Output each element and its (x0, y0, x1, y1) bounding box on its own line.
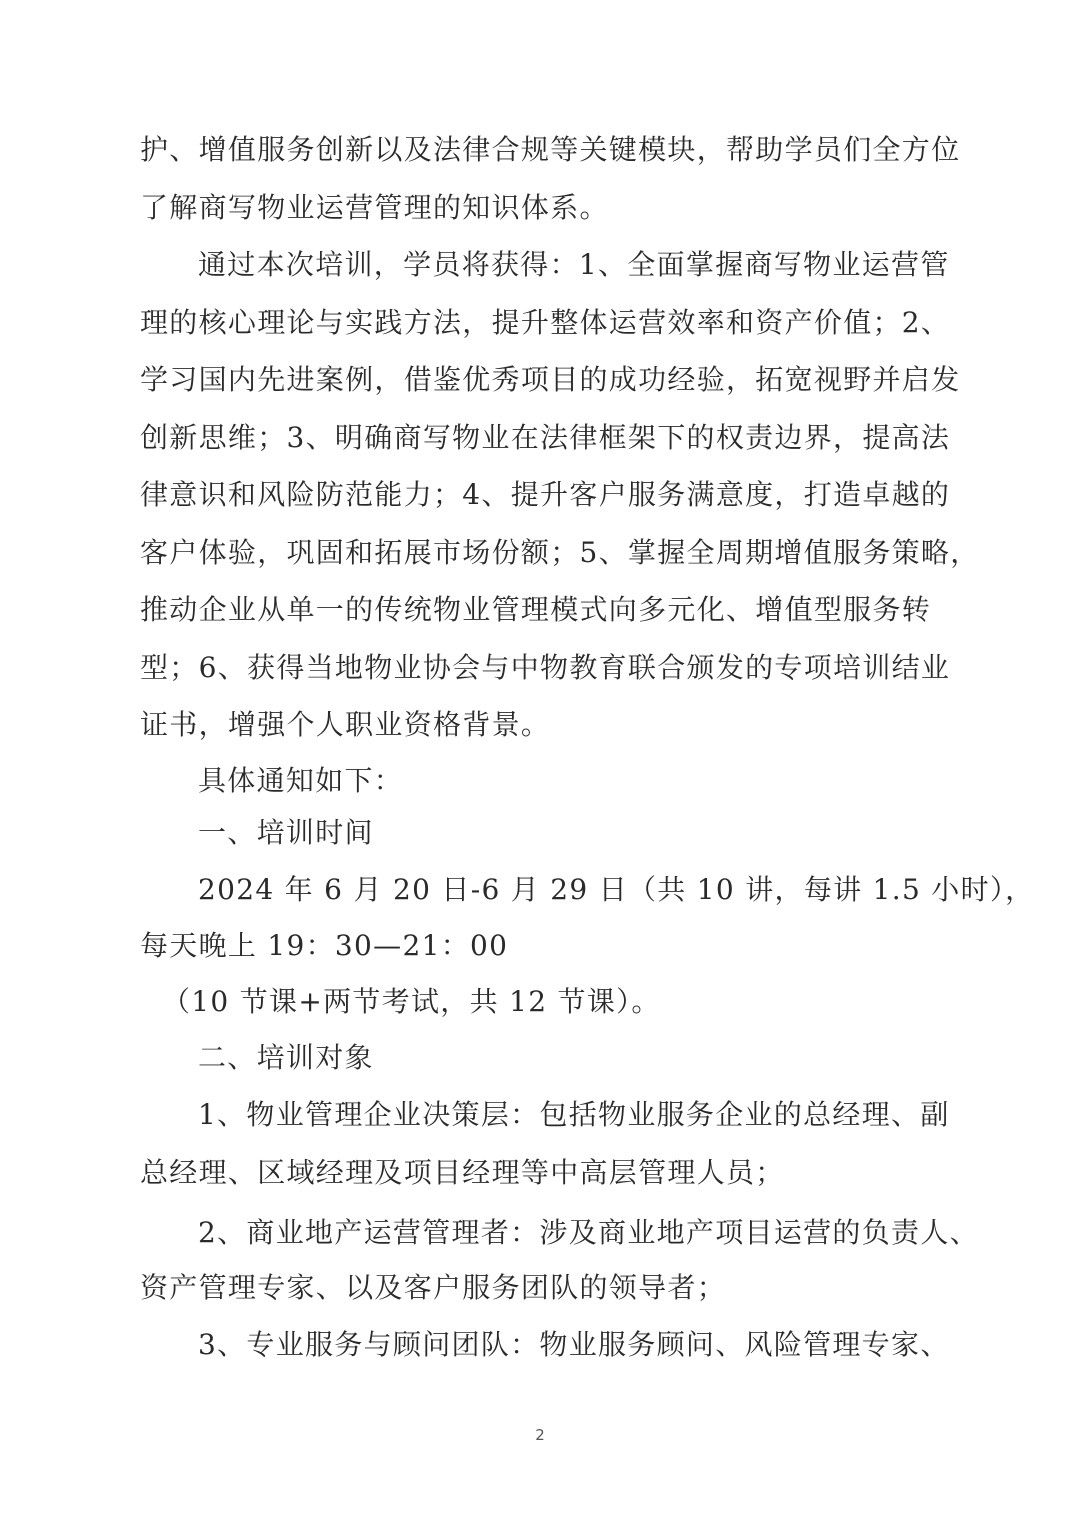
section2-item-3-line-1: 3、专业服务与顾问团队：物业服务顾问、风险管理专家、 (198, 1327, 960, 1363)
benefits-line-6: 客户体验，巩固和拓展市场份额；5、掌握全周期增值服务策略， (140, 535, 960, 571)
section2-heading: 二、培训对象 (198, 1040, 960, 1076)
benefits-line-7: 推动企业从单一的传统物业管理模式向多元化、增值型服务转 (140, 592, 960, 628)
section2-item-1-line-2: 总经理、区域经理及项目经理等中高层管理人员； (140, 1155, 960, 1191)
benefits-line-1: 通过本次培训，学员将获得：1、全面掌握商写物业运营管 (198, 247, 960, 283)
benefits-line-5: 律意识和风险防范能力；4、提升客户服务满意度，打造卓越的 (140, 477, 960, 513)
benefits-line-3: 学习国内先进案例，借鉴优秀项目的成功经验，拓宽视野并启发 (140, 362, 960, 398)
section1-line-3: （10 节课+两节考试，共 12 节课）。 (162, 984, 982, 1020)
intro-tail-line-1: 护、增值服务创新以及法律合规等关键模块，帮助学员们全方位 (140, 132, 960, 168)
section2-item-2-line-2: 资产管理专家、以及客户服务团队的领导者； (140, 1270, 960, 1306)
page-number: 2 (0, 1426, 1080, 1444)
notice-intro: 具体通知如下： (198, 763, 960, 799)
benefits-line-9: 证书，增强个人职业资格背景。 (140, 707, 960, 743)
section1-line-1: 2024 年 6 月 20 日-6 月 29 日（共 10 讲，每讲 1.5 小… (198, 872, 960, 908)
benefits-line-8: 型；6、获得当地物业协会与中物教育联合颁发的专项培训结业 (140, 650, 960, 686)
benefits-line-4: 创新思维；3、明确商写物业在法律框架下的权责边界，提高法 (140, 420, 960, 456)
section2-item-2-line-1: 2、商业地产运营管理者：涉及商业地产项目运营的负责人、 (198, 1215, 960, 1251)
section1-line-2: 每天晚上 19：30—21：00 (140, 928, 960, 964)
intro-tail-line-2: 了解商写物业运营管理的知识体系。 (140, 190, 960, 226)
document-page: 护、增值服务创新以及法律合规等关键模块，帮助学员们全方位 了解商写物业运营管理的… (0, 0, 1080, 1527)
section2-item-1-line-1: 1、物业管理企业决策层：包括物业服务企业的总经理、副 (198, 1097, 960, 1133)
section1-heading: 一、培训时间 (198, 815, 960, 851)
benefits-line-2: 理的核心理论与实践方法，提升整体运营效率和资产价值；2、 (140, 305, 960, 341)
